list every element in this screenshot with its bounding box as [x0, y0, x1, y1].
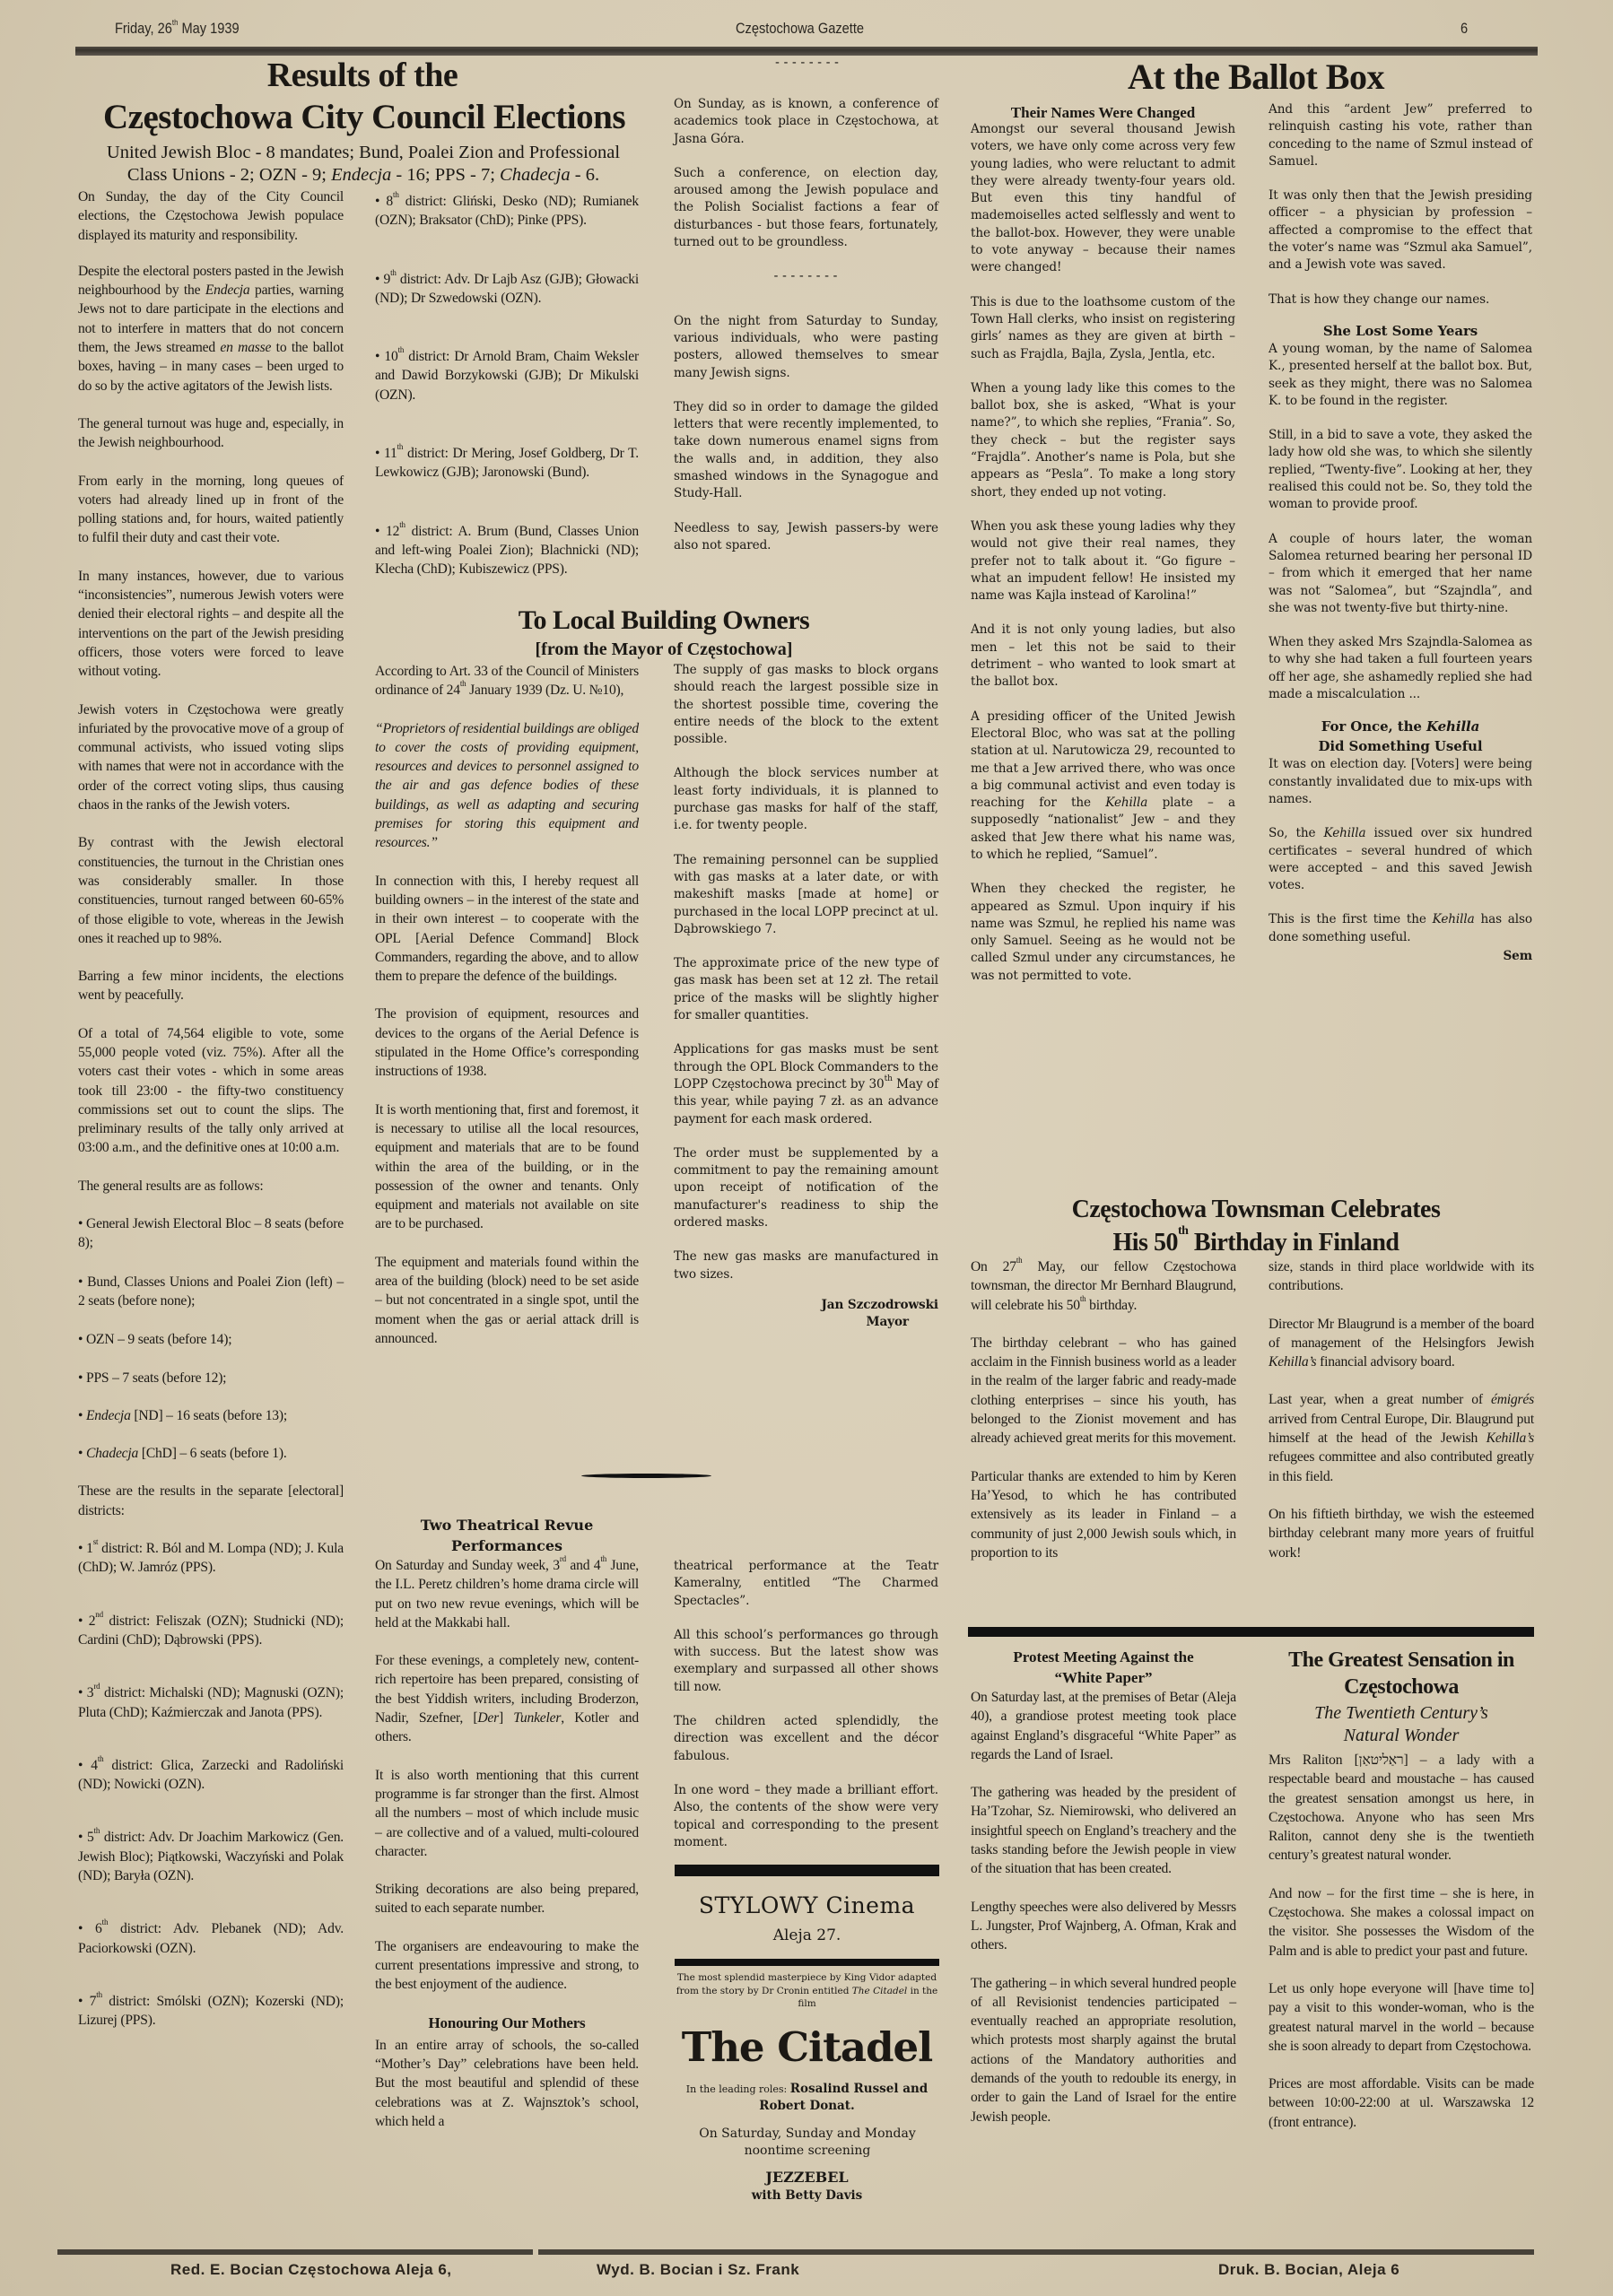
paragraph: Barring a few minor incidents, the elect… [78, 967, 344, 1005]
elections-subtitle-line2: Class Unions - 2; OZN - 9; Endecja - 16;… [45, 164, 682, 187]
ad-rule [675, 1959, 939, 1966]
paragraph: Such a conference, on election day, arou… [674, 165, 938, 251]
paragraph: Of a total of 74,564 eligible to vote, s… [78, 1024, 344, 1158]
footer-editor: Red. E. Bocian Częstochowa Aleja 6, [170, 2261, 452, 2279]
paragraph: Although the block services number at le… [674, 765, 938, 834]
protest-title: Protest Meeting Against the “White Paper… [971, 1647, 1236, 1688]
paragraph: And it is not only young ladies, but als… [971, 622, 1235, 691]
paragraph: When they checked the register, he appea… [971, 881, 1235, 985]
districts-list: • 1st district: R. Ból and M. Lompa (ND)… [78, 1539, 344, 2030]
mayor-signature: Jan Szczodrowski Mayor [674, 1297, 938, 1331]
theatre-title: Two Theatrical Revue Performances [375, 1515, 639, 1556]
page-number: 6 [1460, 20, 1468, 38]
ballot-box-column-1: Amongst our several thousand Jewish vote… [971, 121, 1235, 1002]
ballot-box-section-title: Their Names Were Changed [971, 103, 1235, 122]
paragraph: According to Art. 33 of the Council of M… [375, 662, 639, 700]
paragraph: size, stands in third place worldwide wi… [1269, 1257, 1534, 1296]
paragraph: These are the results in the separate [e… [78, 1482, 344, 1520]
paragraph: Needless to say, Jewish passers-by were … [674, 520, 938, 555]
paragraph: In one word – they made a brilliant effo… [674, 1782, 938, 1851]
paragraph: The supply of gas masks to block organs … [674, 662, 938, 748]
cinema-address: Aleja 27. [675, 1926, 939, 1944]
paragraph: From early in the morning, long queues o… [78, 472, 344, 548]
elections-subtitle: United Jewish Bloc - 8 mandates; Bund, P… [45, 142, 682, 187]
paragraph: On the night from Saturday to Sunday, va… [674, 313, 938, 382]
building-owners-title: To Local Building Owners [395, 606, 933, 635]
district-item: • 4th district: Glica, Zarzecki and Rado… [78, 1756, 344, 1795]
separator: -------- [674, 268, 938, 285]
section-divider [581, 1474, 711, 1478]
paragraph: On his fiftieth birthday, we wish the es… [1269, 1505, 1534, 1562]
paragraph: And now – for the first time – she is he… [1269, 1884, 1534, 1961]
paragraph: Last year, when a great number of émigré… [1269, 1390, 1534, 1485]
cinema-roles: In the leading roles: Rosalind Russel an… [675, 2081, 939, 2115]
footer-rule [538, 2249, 1534, 2255]
paragraph: This is due to the loathsome custom of t… [971, 294, 1235, 363]
paragraph: Despite the electoral posters pasted in … [78, 262, 344, 396]
paragraph: The equipment and materials found within… [375, 1253, 639, 1348]
district-item: • 11th district: Dr Mering, Josef Goldbe… [375, 444, 639, 483]
author-signature: Sem [1269, 948, 1532, 965]
paragraph: All this school’s performances go throug… [674, 1627, 938, 1696]
paragraph: Prices are most affordable. Visits can b… [1269, 2074, 1534, 2132]
cinema-intro: The most splendid masterpiece by King Vi… [675, 1971, 939, 2011]
paragraph: The remaining personnel can be supplied … [674, 852, 938, 938]
district-item: • 1st district: R. Ból and M. Lompa (ND)… [78, 1539, 344, 1578]
district-item: • 9th district: Adv. Dr Lajb Asz (GJB); … [375, 270, 639, 309]
paragraph: The new gas masks are manufactured in tw… [674, 1248, 938, 1283]
paragraph: And this “ardent Jew” preferred to relin… [1269, 101, 1532, 170]
issue-date: Friday, 26th May 1939 [115, 20, 240, 38]
building-owners-column-2: The supply of gas masks to block organs … [674, 662, 938, 1331]
district-item: • 12th district: A. Brum (Bund, Classes … [375, 522, 639, 579]
paragraph: The approximate price of the new type of… [674, 955, 938, 1024]
signature-title: Mayor [674, 1314, 938, 1331]
cinema-schedule: On Saturday, Sunday and Monday noontime … [682, 2126, 933, 2160]
ballot-box-column-2: And this “ardent Jew” preferred to relin… [1269, 101, 1532, 965]
district-item: • 7th district: Smólski (OZN); Kozerski … [78, 1992, 344, 2031]
paragraph: Particular thanks are extended to him by… [971, 1467, 1236, 1562]
second-film-star: with Betty Davis [675, 2188, 939, 2203]
paragraph: The gathering – in which several hundred… [971, 1974, 1236, 2126]
paragraph: When they asked Mrs Szajndla-Salomea as … [1269, 634, 1532, 703]
district-item: • 10th district: Dr Arnold Bram, Chaim W… [375, 347, 639, 404]
result-item: • OZN – 9 seats (before 14); [78, 1330, 344, 1349]
paragraph: The birthday celebrant – who has gained … [971, 1334, 1236, 1448]
birthday-title: Częstochowa Townsman Celebrates His 50th… [951, 1193, 1561, 1259]
paragraph: For these evenings, a completely new, co… [375, 1651, 639, 1746]
paragraph: The organisers are endeavouring to make … [375, 1937, 639, 1995]
ad-rule [675, 1865, 939, 1876]
elections-title-line1: Results of the [75, 57, 650, 94]
elections-subtitle-line1: United Jewish Bloc - 8 mandates; Bund, P… [45, 142, 682, 164]
paragraph: The order must be supplemented by a comm… [674, 1145, 938, 1231]
district-item: • 6th district: Adv. Plebanek (ND); Adv.… [78, 1919, 344, 1958]
paragraph: By contrast with the Jewish electoral co… [78, 833, 344, 948]
academics-column: On Sunday, as is known, a conference of … [674, 96, 938, 571]
result-item: • PPS – 7 seats (before 12); [78, 1369, 344, 1387]
separator: -------- [754, 56, 861, 70]
result-item: • General Jewish Electoral Bloc – 8 seat… [78, 1214, 344, 1253]
district-item: • 8th district: Gliński, Desko (ND); Rum… [375, 192, 639, 230]
paragraph: This is the first time the Kehilla has a… [1269, 911, 1532, 946]
paragraph: Lengthy speeches were also delivered by … [971, 1898, 1236, 1955]
paragraph: The general results are as follows: [78, 1177, 344, 1196]
paragraph: The children acted splendidly, the direc… [674, 1713, 938, 1765]
paragraph: Mrs Raliton [ראַליטאַן] – a lady with a … [1269, 1751, 1534, 1865]
mothers-title: Honouring Our Mothers [375, 2013, 639, 2032]
paragraph: theatrical performance at the Teatr Kame… [674, 1558, 938, 1610]
districts-list: • 8th district: Gliński, Desko (ND); Rum… [375, 192, 639, 579]
section-title: For Once, the Kehilla Did Something Usef… [1269, 717, 1532, 756]
paragraph: Striking decorations are also being prep… [375, 1880, 639, 1918]
paragraph: The gathering was headed by the presiden… [971, 1783, 1236, 1878]
header-rule [75, 47, 1538, 56]
paragraph: Let us only hope everyone will [have tim… [1269, 1979, 1534, 2056]
elections-title-line2: Częstochowa City Council Elections [50, 99, 678, 136]
sensation-column: Mrs Raliton [ראַליטאַן] – a lady with a … [1269, 1751, 1534, 2151]
cinema-name: STYLOWY Cinema [675, 1892, 939, 1918]
footer-publisher: Wyd. B. Bocian i Sz. Frank [597, 2261, 799, 2279]
paragraph: So, the Kehilla issued over six hundred … [1269, 825, 1532, 894]
paragraph: When you ask these young ladies why they… [971, 518, 1235, 604]
paragraph: The provision of equipment, resources an… [375, 1004, 639, 1081]
theatre-column: On Saturday and Sunday week, 3rd and 4th… [375, 1556, 639, 2150]
paragraph: Director Mr Blaugrund is a member of the… [1269, 1315, 1534, 1372]
paragraph: It is worth mentioning that, first and f… [375, 1100, 639, 1234]
paragraph: A young woman, by the name of Salomea K.… [1269, 341, 1532, 410]
paragraph: In an entire array of schools, the so-ca… [375, 2036, 639, 2131]
birthday-column-1: On 27th May, our fellow Częstochowa town… [971, 1257, 1236, 1581]
paragraph: It was on election day. [Voters] were be… [1269, 756, 1532, 808]
district-item: • 3rd district: Michalski (ND); Magnuski… [78, 1683, 344, 1722]
paragraph: In connection with this, I hereby reques… [375, 872, 639, 987]
paragraph: It is also worth mentioning that this cu… [375, 1766, 639, 1861]
paragraph: “Proprietors of residential buildings ar… [375, 719, 639, 853]
footer-printer: Druk. B. Bocian, Aleja 6 [1218, 2261, 1399, 2279]
district-item: • 5th district: Adv. Dr Joachim Markowic… [78, 1828, 344, 1885]
paragraph: On Sunday, as is known, a conference of … [674, 96, 938, 148]
paragraph: It was only then that the Jewish presidi… [1269, 187, 1532, 274]
paragraph: The general turnout was huge and, especi… [78, 414, 344, 453]
ballot-box-title: At the Ballot Box [951, 57, 1561, 96]
section-title: She Lost Some Years [1269, 322, 1532, 341]
paragraph: Jewish voters in Częstochowa were greatl… [78, 700, 344, 815]
section-rule [968, 1627, 1534, 1637]
second-film: JEZZEBEL [675, 2169, 939, 2187]
publication-name: Częstochowa Gazette [736, 20, 864, 38]
paragraph: Applications for gas masks must be sent … [674, 1041, 938, 1127]
result-item: • Endecja [ND] – 16 seats (before 13); [78, 1406, 344, 1425]
sensation-subtitle: The Twentieth Century’s Natural Wonder [1269, 1702, 1534, 1747]
district-item: • 2nd district: Feliszak (OZN); Studnick… [78, 1612, 344, 1650]
paragraph: Amongst our several thousand Jewish vote… [971, 121, 1235, 277]
mothers-column-2: theatrical performance at the Teatr Kame… [674, 1558, 938, 1868]
birthday-column-2: size, stands in third place worldwide wi… [1269, 1257, 1534, 1581]
footer-rule [57, 2249, 533, 2255]
paragraph: Still, in a bid to save a vote, they ask… [1269, 427, 1532, 513]
building-owners-subtitle: [from the Mayor of Częstochowa] [395, 639, 933, 660]
paragraph: On Saturday and Sunday week, 3rd and 4th… [375, 1556, 639, 1632]
paragraph: That is how they change our names. [1269, 291, 1532, 309]
paragraph: A couple of hours later, the woman Salom… [1269, 531, 1532, 617]
paragraph: On Saturday last, at the premises of Bet… [971, 1688, 1236, 1764]
protest-column: On Saturday last, at the premises of Bet… [971, 1688, 1236, 2145]
elections-column-2: • 8th district: Gliński, Desko (ND); Rum… [375, 192, 639, 619]
results-list: • General Jewish Electoral Bloc – 8 seat… [78, 1214, 344, 1463]
film-title: The Citadel [675, 2025, 939, 2070]
paragraph: In many instances, however, due to vario… [78, 567, 344, 682]
paragraph: On 27th May, our fellow Częstochowa town… [971, 1257, 1236, 1315]
paragraph: When a young lady like this comes to the… [971, 380, 1235, 501]
result-item: • Chadecja [ChD] – 6 seats (before 1). [78, 1444, 344, 1463]
building-owners-column-1: According to Art. 33 of the Council of M… [375, 662, 639, 1367]
paragraph: On Sunday, the day of the City Council e… [78, 187, 344, 245]
signature-name: Jan Szczodrowski [674, 1297, 938, 1314]
sensation-title: The Greatest Sensation in Częstochowa [1269, 1647, 1534, 1700]
paragraph: They did so in order to damage the gilde… [674, 399, 938, 503]
elections-column-1: On Sunday, the day of the City Council e… [78, 187, 344, 2064]
result-item: • Bund, Classes Unions and Poalei Zion (… [78, 1273, 344, 1311]
paragraph: A presiding officer of the United Jewish… [971, 709, 1235, 865]
